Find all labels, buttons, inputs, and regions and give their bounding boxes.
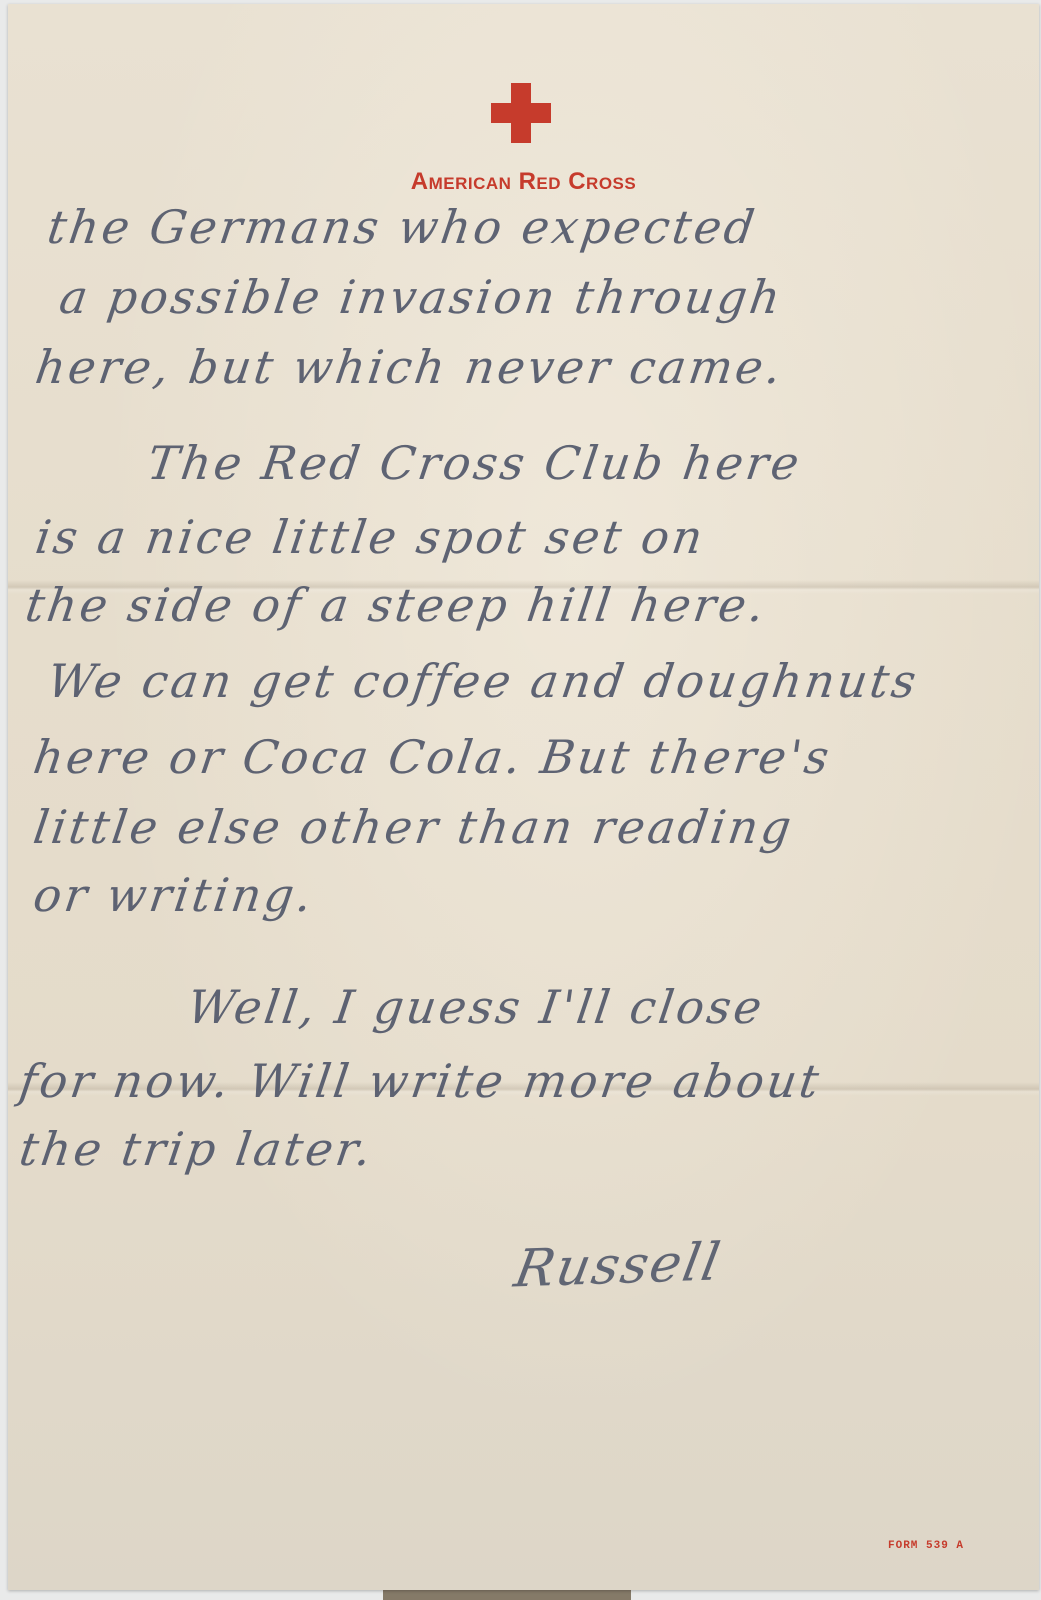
letter-line: the side of a steep hill here. — [22, 578, 770, 632]
letter-page: American Red Cross the Germans who expec… — [8, 4, 1039, 1590]
letter-line: here or Coca Cola. But there's — [30, 730, 835, 784]
letter-line: The Red Cross Club here — [144, 436, 805, 490]
letter-line: the Germans who expected — [44, 200, 760, 254]
letter-line: a possible invasion through — [56, 270, 786, 324]
letter-line: here, but which never came. — [32, 340, 787, 394]
letter-line: We can get coffee and doughnuts — [44, 654, 922, 708]
letter-line: is a nice little spot set on — [32, 510, 709, 564]
signature: Russell — [510, 1232, 726, 1299]
letter-line: or writing. — [30, 868, 318, 922]
letterhead-title: American Red Cross — [8, 168, 1039, 196]
red-cross-icon — [491, 83, 551, 143]
letter-line: for now. Will write more about — [16, 1054, 825, 1108]
letter-line: the trip later. — [16, 1122, 377, 1176]
form-number: FORM 539 A — [888, 1540, 964, 1552]
letter-line: little else other than reading — [30, 800, 797, 854]
letter-line: Well, I guess I'll close — [184, 980, 768, 1034]
